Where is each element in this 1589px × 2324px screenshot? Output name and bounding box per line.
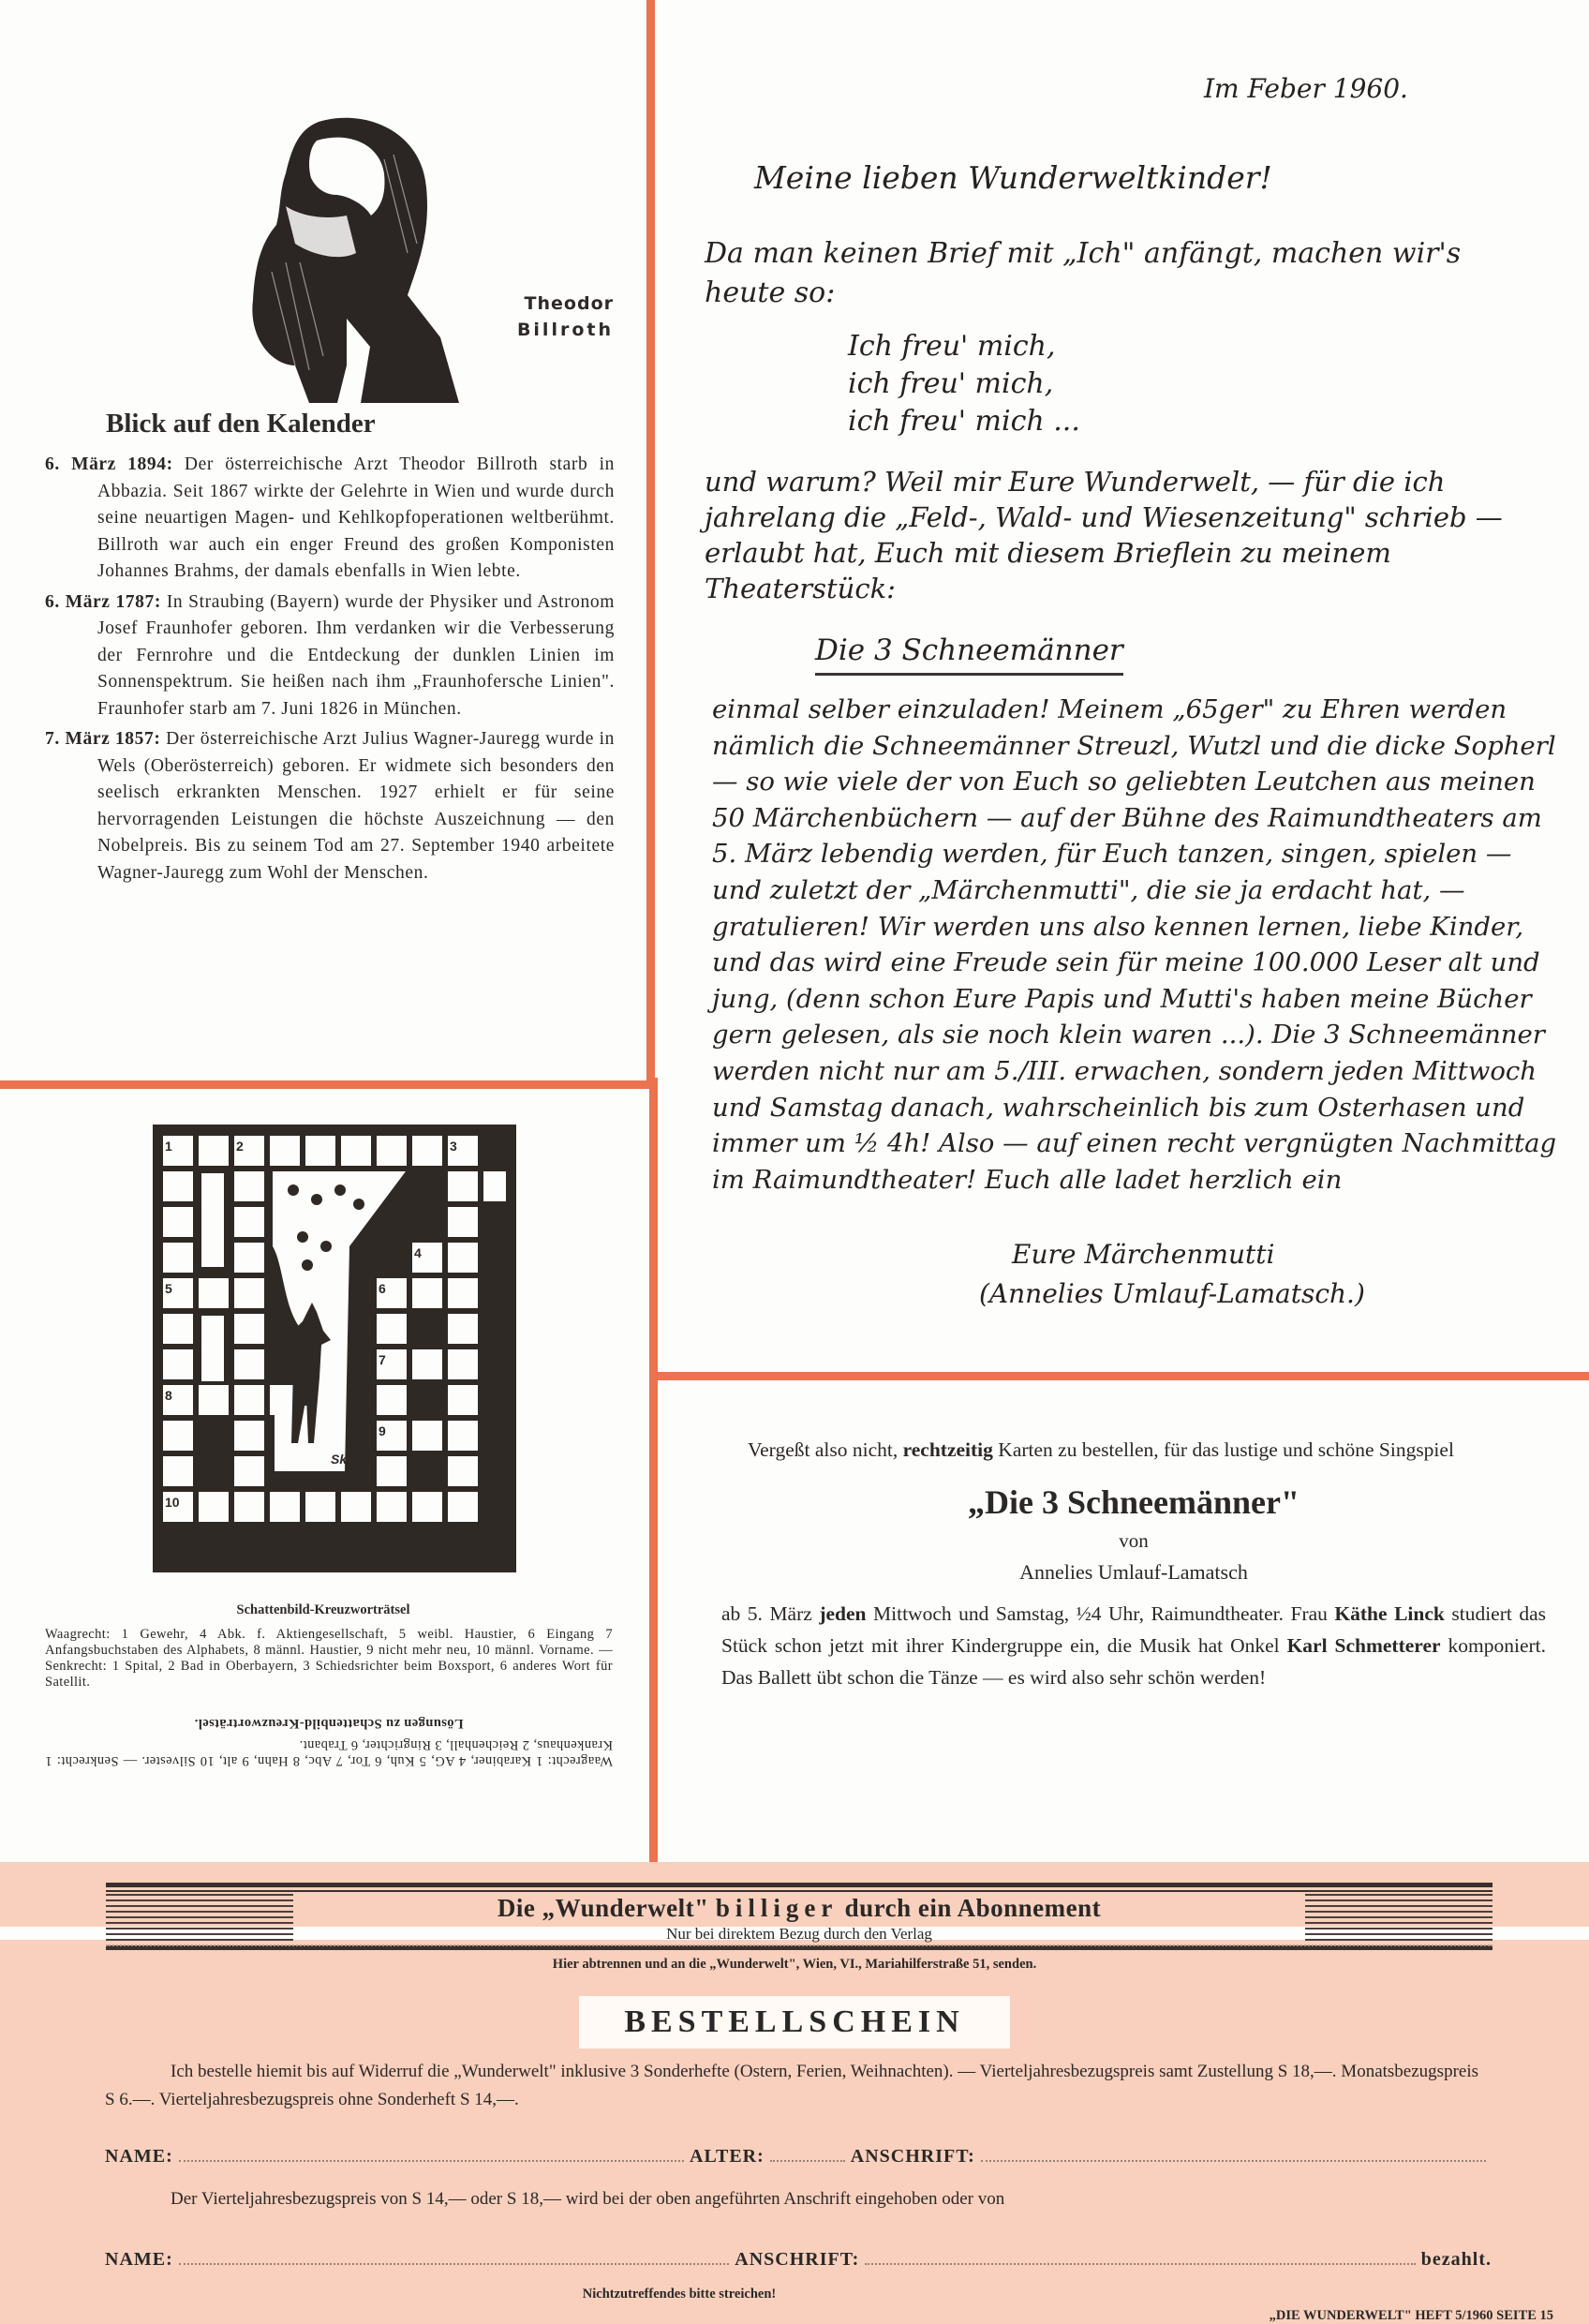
crossword-number: 2 [236,1139,244,1154]
letter-verse-line: Ich freu' mich, [848,328,1080,365]
page-footer: „DIE WUNDERWELT" HEFT 5/1960 SEITE 15 [1270,2308,1553,2324]
crossword-number: 1 [165,1139,172,1154]
banner-subtitle: Nur bei direktem Bezug durch den Verlag [106,1925,1492,1944]
announcement-play-title: „Die 3 Schneemänner" [721,1482,1546,1522]
left-section-divider [0,1080,654,1089]
crossword-number: 9 [379,1423,386,1438]
order-form-title: BESTELLSCHEIN [579,1996,1010,2048]
crossword-solutions-text: Waagrecht: 1 Karabiner, 4 AG, 5 Kuh, 6 T… [45,1737,613,1768]
play-announcement: Vergeßt also nicht, rechtzeitig Karten z… [721,1434,1546,1693]
banner-rule [106,1883,1492,1887]
calendar-entry-date: 7. März 1857: [45,729,160,749]
letter-verse: Ich freu' mich, ich freu' mich, ich freu… [848,328,1080,440]
age-field[interactable] [770,2159,845,2162]
crossword-number: 7 [379,1352,386,1367]
calendar-entry-date: 6. März 1787: [45,592,161,612]
crossword-number: 5 [165,1281,172,1296]
portrait-illustration-icon [206,103,468,403]
age-label: ALTER: [690,2146,765,2168]
announcement-intro: Vergeßt also nicht, rechtzeitig Karten z… [721,1434,1546,1466]
crossword-title: Schattenbild-Kreuzworträtsel [0,1602,646,1618]
address-field[interactable] [981,2159,1486,2162]
portrait-caption-first-name: Theodor [492,290,614,317]
right-section-divider [651,1372,1589,1380]
calendar-entry: 6. März 1894: Der österreichische Arzt T… [45,452,615,586]
portrait-caption-last-name: Billroth [492,317,614,343]
column-divider-upper [646,0,655,1087]
letter-intro: Da man keinen Brief mit „Ich" anfängt, m… [705,234,1548,313]
payer-fields: NAME: ANSCHRIFT: bezahlt. [105,2249,1492,2271]
calendar-entry: 6. März 1787: In Straubing (Bayern) wurd… [45,589,615,723]
announcement-details: ab 5. März jeden Mittwoch und Samstag, ½… [721,1598,1546,1693]
strike-instruction: Nichtzutreffendes bitte streichen! [0,2287,1359,2302]
calendar-entry-text: Der österreichische Arzt Julius Wagner-J… [97,729,615,883]
crossword-solutions-title: Lösungen zu Schattenbild-Kreuzworträtsel… [45,1715,613,1731]
letter-play-title: Die 3 Schneemänner [815,633,1123,676]
crossword-grid[interactable]: 1 2 3 4 5 6 7 8 9 10 Sk. [153,1125,516,1572]
order-terms: Ich bestelle hiemit bis auf Widerruf die… [105,2058,1492,2114]
crossword-number: 6 [379,1281,386,1296]
crossword-clues: Waagrecht: 1 Gewehr, 4 Abk. f. Aktienges… [45,1627,613,1691]
cut-instructions: Hier abtrennen und an die „Wunderwelt", … [0,1957,1589,1973]
payer-address-label: ANSCHRIFT: [735,2249,859,2271]
column-divider-lower [649,1078,658,1865]
payer-address-field[interactable] [865,2262,1416,2265]
letter-verse-line: ich freu' mich, [848,365,1080,403]
letter-signature: (Annelies Umlauf-Lamatsch.) [979,1278,1365,1309]
announcement-by: von [721,1529,1546,1553]
calendar-entry: 7. März 1857: Der österreichische Arzt J… [45,726,615,886]
payment-note: Der Vierteljahresbezugspreis von S 14,— … [105,2189,1557,2210]
calendar-entry-date: 6. März 1894: [45,454,173,474]
crossword-number: 3 [450,1139,457,1154]
banner-rule [106,1890,1492,1892]
crossword-number: 10 [165,1495,180,1510]
crossword-number: 8 [165,1388,172,1403]
crossword-number: 4 [414,1245,422,1260]
letter-main-text: einmal selber einzuladen! Meinem „65ger"… [712,692,1565,1198]
payer-name-label: NAME: [105,2249,173,2271]
letter-paragraph: und warum? Weil mir Eure Wunderwelt, — f… [705,464,1548,606]
letter-verse-line: ich freu' mich ... [848,403,1080,440]
crossword-solutions-upside-down: Waagrecht: 1 Karabiner, 4 AG, 5 Kuh, 6 T… [45,1715,613,1768]
letter-closing: Eure Märchenmutti [1012,1239,1274,1270]
calendar-heading: Blick auf den Kalender [106,409,376,439]
letter-greeting: Meine lieben Wunderweltkinder! [754,159,1272,196]
payer-name-field[interactable] [179,2262,730,2265]
address-label: ANSCHRIFT: [851,2146,975,2168]
calendar-entry-text: In Straubing (Bayern) wurde der Physiker… [97,592,615,719]
subscriber-fields: NAME: ALTER: ANSCHRIFT: [105,2146,1492,2168]
cut-line [106,1944,1492,1946]
calendar-entry-text: Der österreichische Arzt Theodor Billrot… [97,454,615,581]
announcement-author: Annelies Umlauf-Lamatsch [721,1560,1546,1585]
name-field[interactable] [179,2159,684,2162]
crossword-signature: Sk. [331,1452,350,1467]
name-label: NAME: [105,2146,173,2168]
letter-date: Im Feber 1960. [1204,73,1408,104]
calendar-entries: 6. März 1894: Der österreichische Arzt T… [45,452,615,890]
subscription-banner: Die „Wunderwelt" billiger durch ein Abon… [106,1883,1492,1950]
banner-title: Die „Wunderwelt" billiger durch ein Abon… [106,1894,1492,1923]
paid-label: bezahlt. [1421,2249,1492,2271]
portrait-caption: Theodor Billroth [492,290,614,343]
